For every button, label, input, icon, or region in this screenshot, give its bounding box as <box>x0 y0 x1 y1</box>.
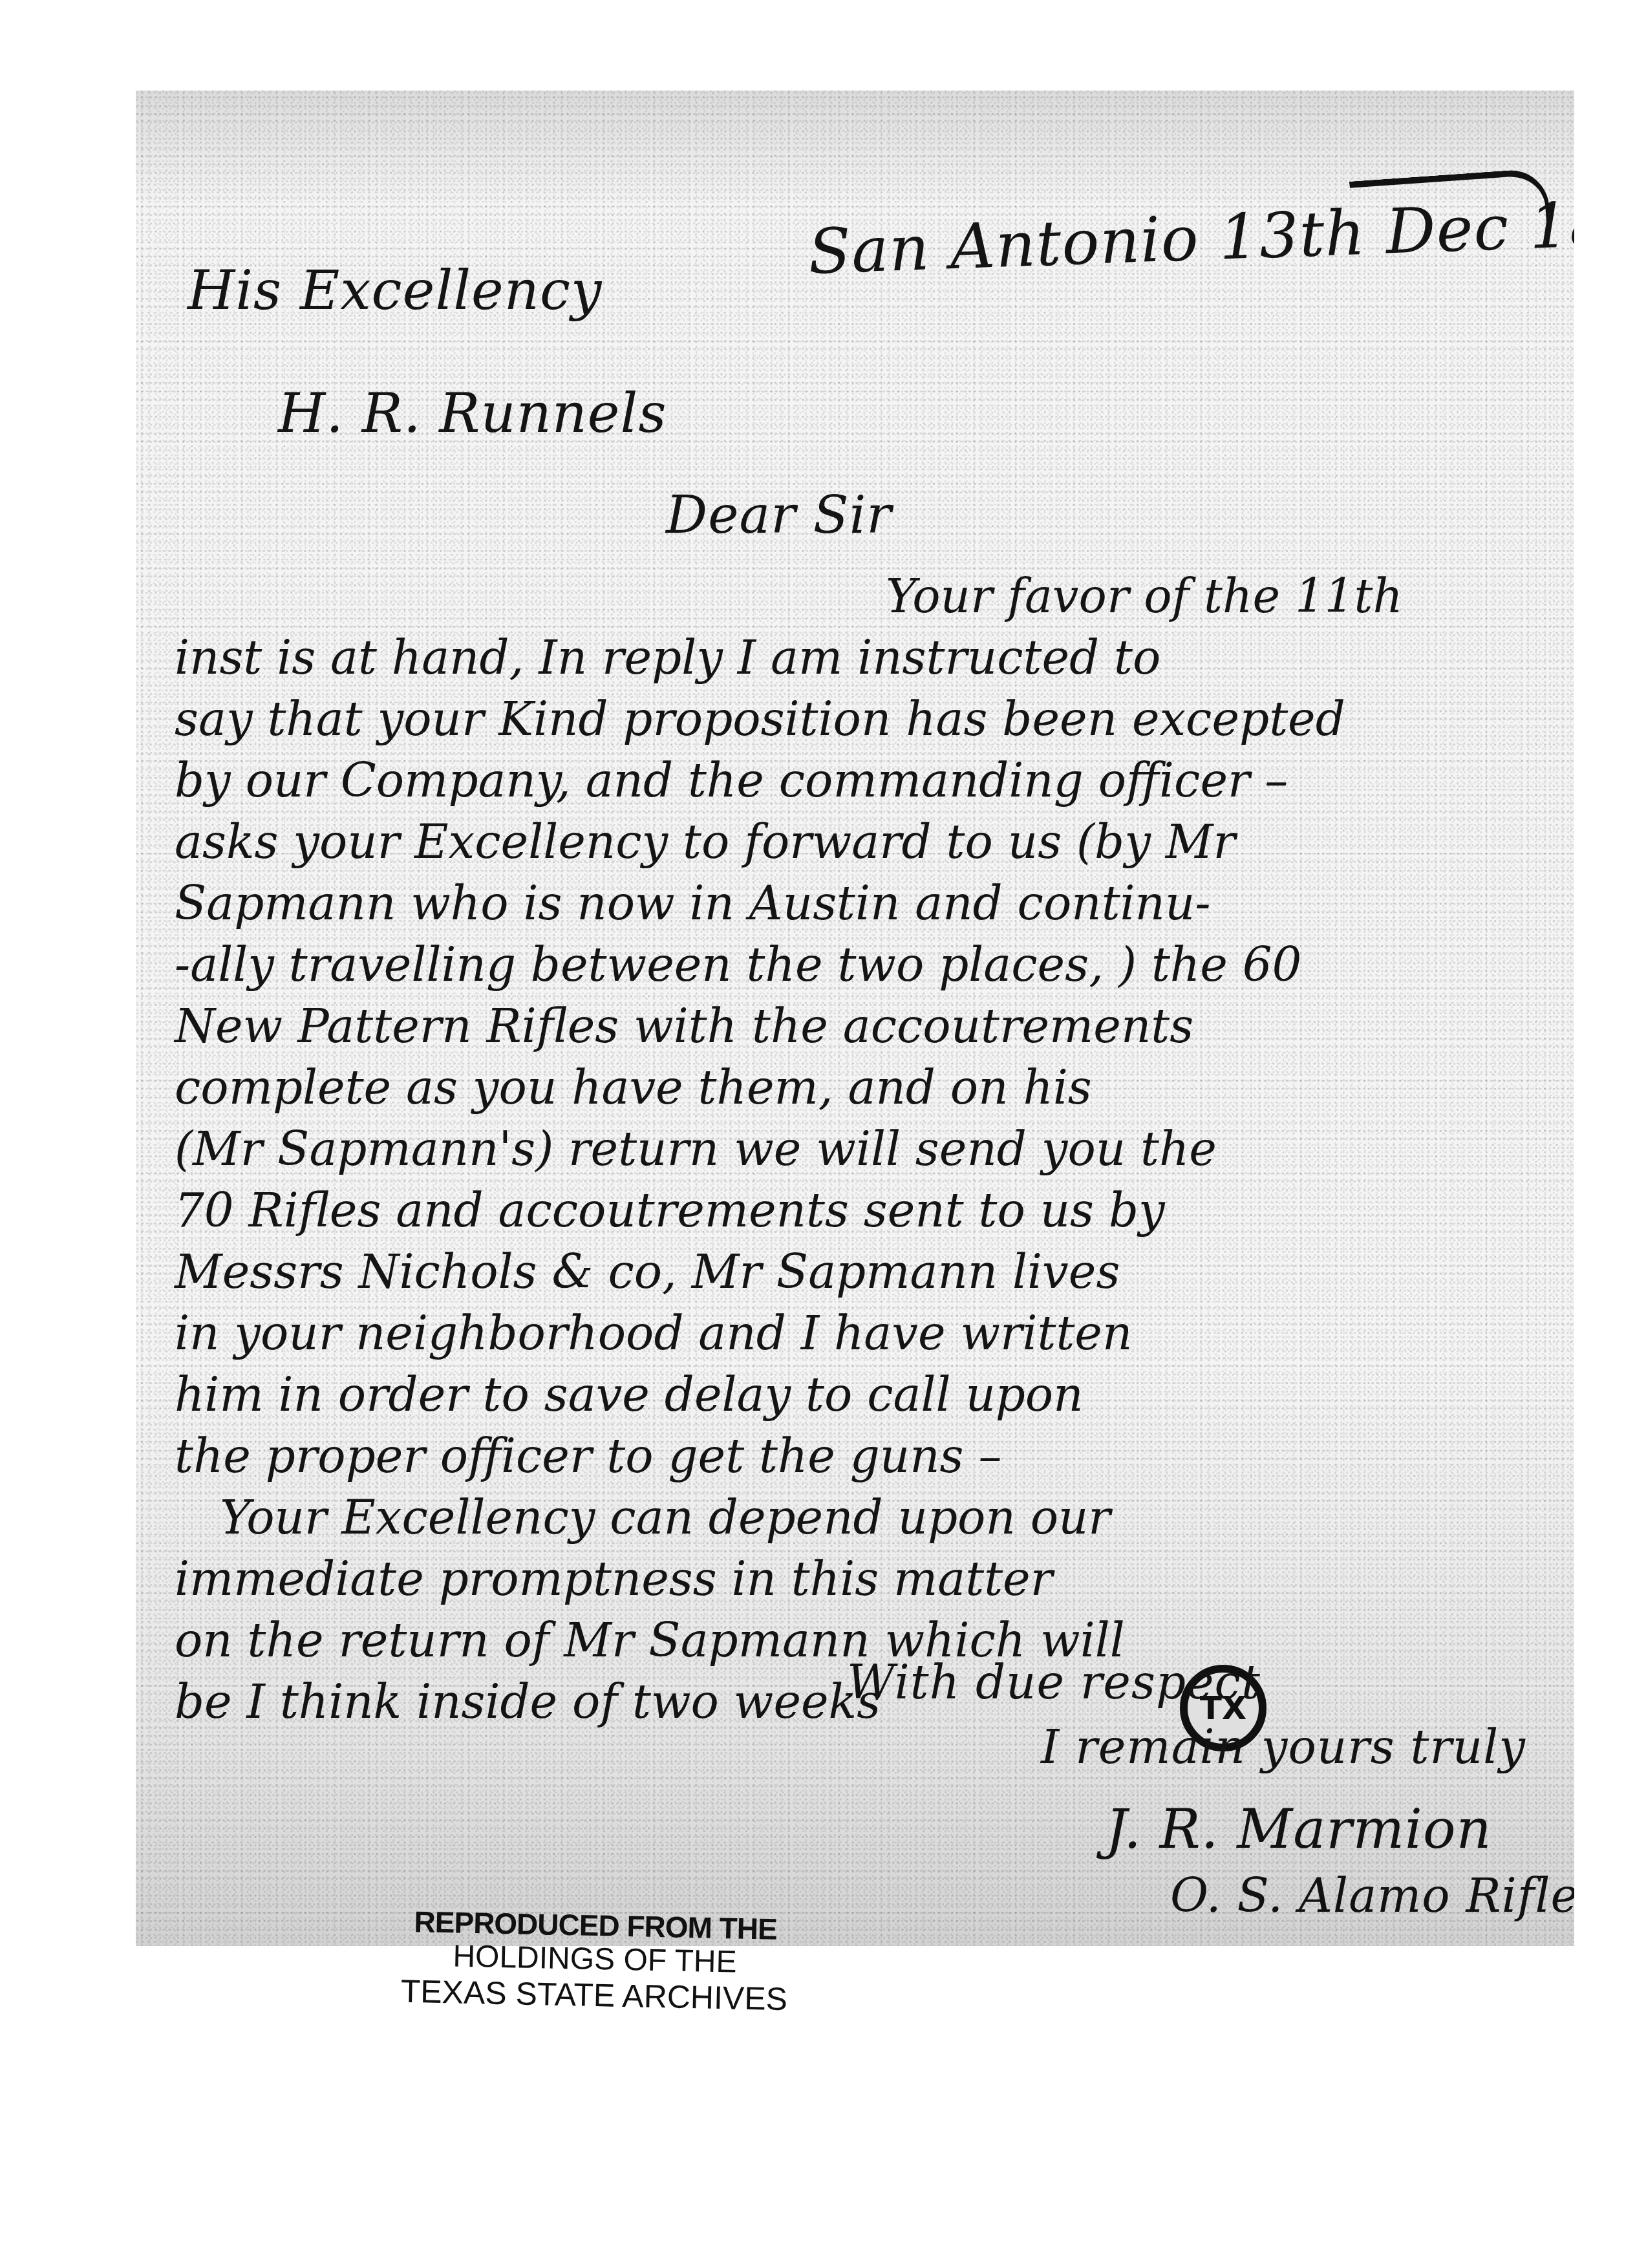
body-line: by our Company, and the commanding offic… <box>175 750 1552 811</box>
body-line: -ally travelling between the two places,… <box>175 934 1552 996</box>
letter-dateline: San Antonio 13th Dec 1858 <box>807 185 1574 288</box>
body-line: 70 Rifles and accoutrements sent to us b… <box>175 1180 1552 1241</box>
body-line: Your favor of the 11th <box>175 566 1552 627</box>
body-line: asks your Excellency to forward to us (b… <box>175 811 1552 873</box>
letter-greeting: Dear Sir <box>666 485 892 545</box>
archive-stamp: REPRODUCED FROM THE HOLDINGS OF THE TEXA… <box>303 1905 886 2018</box>
body-line: in your neighborhood and I have written <box>175 1303 1552 1364</box>
archive-stamp-line-3: TEXAS STATE ARCHIVES <box>303 1973 885 2018</box>
body-line: Messrs Nichols & co, Mr Sapmann lives <box>175 1241 1552 1303</box>
body-line: him in order to save delay to call upon <box>175 1364 1552 1426</box>
body-line: say that your Kind proposition has been … <box>175 689 1552 750</box>
body-line: inst is at hand, In reply I am instructe… <box>175 627 1552 689</box>
letter-body: Your favor of the 11th inst is at hand, … <box>175 566 1552 1733</box>
body-line: complete as you have them, and on his <box>175 1057 1552 1118</box>
body-line: the proper officer to get the guns – <box>175 1426 1552 1487</box>
closing-line-2: I remain yours truly <box>1041 1720 1526 1774</box>
closing-line-1: With due respect <box>847 1655 1261 1709</box>
body-line: New Pattern Rifles with the accoutrement… <box>175 996 1552 1057</box>
signature-title: O. S. Alamo Rifles <box>1170 1868 1574 1923</box>
body-line: (Mr Sapmann's) return we will send you t… <box>175 1118 1552 1180</box>
addressee-name: H. R. Runnels <box>278 381 667 445</box>
signature: J. R. Marmion <box>1106 1797 1492 1861</box>
letter-page: San Antonio 13th Dec 1858 His Excellency… <box>136 91 1574 1946</box>
body-line: immediate promptness in this matter <box>175 1548 1552 1610</box>
addressee-title: His Excellency <box>187 259 602 322</box>
body-line: Your Excellency can depend upon our <box>175 1487 1552 1548</box>
body-line: Sapmann who is now in Austin and continu… <box>175 873 1552 934</box>
